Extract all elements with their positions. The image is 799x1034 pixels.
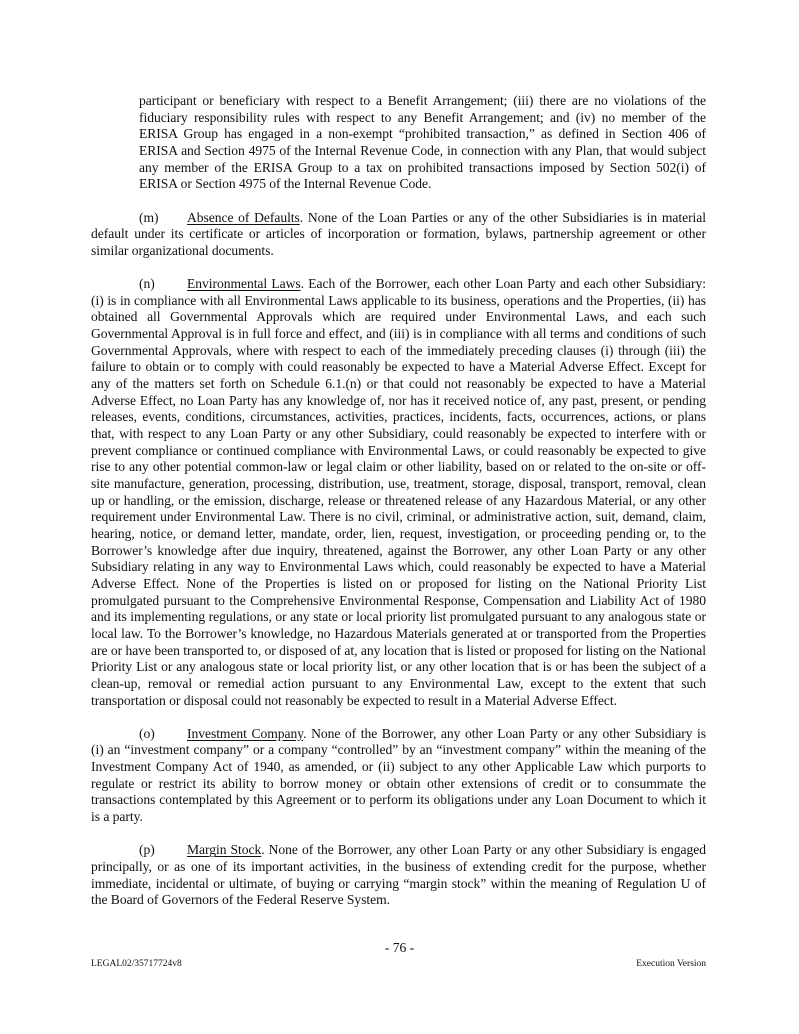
document-page: participant or beneficiary with respect …	[91, 93, 706, 926]
section-n-environmental-laws: (n)Environmental Laws. Each of the Borro…	[91, 276, 706, 709]
section-label: (n)	[139, 276, 187, 293]
section-o-investment-company: (o)Investment Company. None of the Borro…	[91, 726, 706, 826]
section-body: . Each of the Borrower, each other Loan …	[91, 276, 706, 707]
continued-paragraph: participant or beneficiary with respect …	[139, 93, 706, 193]
section-title: Absence of Defaults	[187, 210, 300, 225]
section-label: (o)	[139, 726, 187, 743]
document-id: LEGAL02/35717724v8	[91, 959, 182, 969]
section-title: Investment Company	[187, 726, 303, 741]
section-p-margin-stock: (p)Margin Stock. None of the Borrower, a…	[91, 842, 706, 909]
section-title: Margin Stock	[187, 842, 261, 857]
section-m-absence-of-defaults: (m)Absence of Defaults. None of the Loan…	[91, 210, 706, 260]
page-number: - 76 -	[0, 940, 799, 956]
section-label: (p)	[139, 842, 187, 859]
version-label: Execution Version	[636, 959, 706, 969]
section-title: Environmental Laws	[187, 276, 301, 291]
section-label: (m)	[139, 210, 187, 227]
